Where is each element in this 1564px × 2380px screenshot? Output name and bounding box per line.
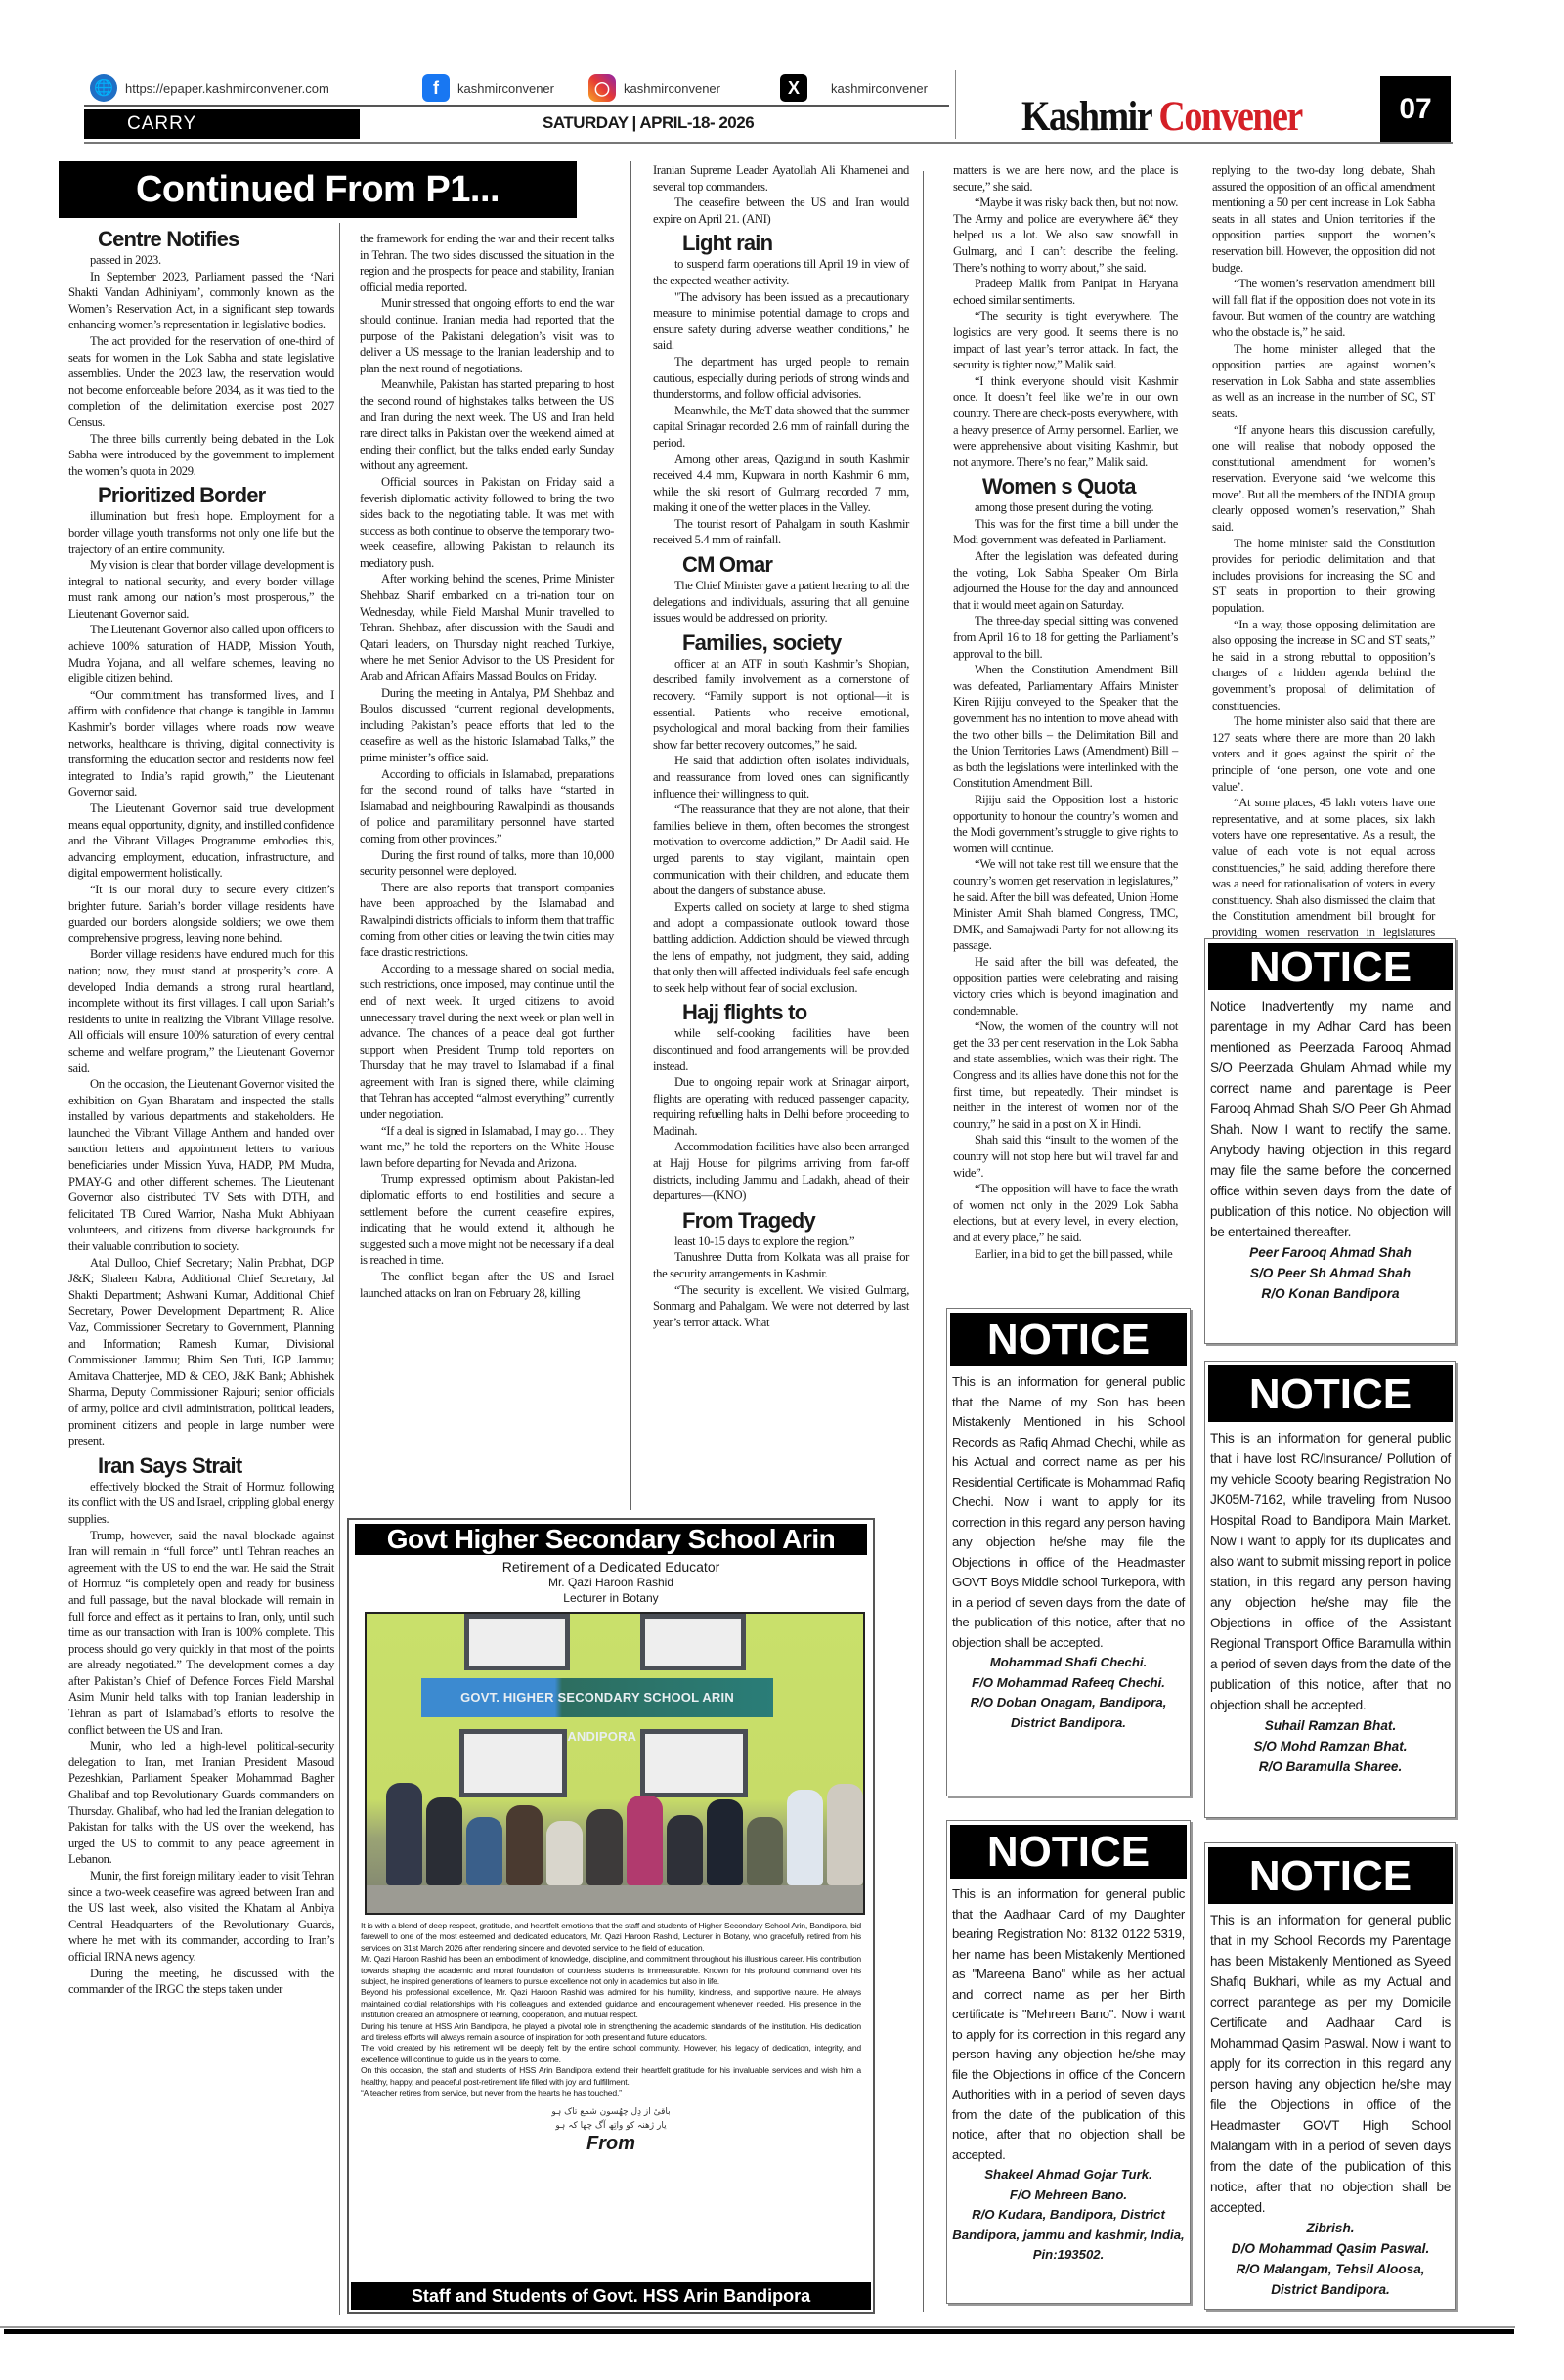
notice-box-5: NOTICE This is an information for genera… <box>1204 1842 1456 2310</box>
instagram-link[interactable]: ◯ kashmirconvener <box>588 74 720 102</box>
paragraph: The home minister also said that there a… <box>1212 714 1435 795</box>
paragraph: “It is our moral duty to secure every ci… <box>68 882 334 946</box>
paragraph: The Chief Minister gave a patient hearin… <box>653 578 909 627</box>
paragraph: “If anyone hears this discussion careful… <box>1212 422 1435 536</box>
notice-signature: Mohammad Shafi Chechi. <box>947 1653 1190 1673</box>
facebook-icon: f <box>422 74 450 102</box>
notice-signature: Peer Farooq Ahmad Shah <box>1205 1242 1455 1263</box>
paragraph: the framework for ending the war and the… <box>360 231 614 295</box>
paragraph: The home minister said the Constitution … <box>1212 536 1435 617</box>
masthead-convener: Convener <box>1158 93 1301 140</box>
paragraph: Meanwhile, the MeT data showed that the … <box>653 403 909 452</box>
column-3: Iranian Supreme Leader Ayatollah Ali Kha… <box>653 162 909 1330</box>
ad-paragraph: It is with a blend of deep respect, grat… <box>361 1921 861 1954</box>
facebook-link[interactable]: f kashmirconvener <box>422 74 554 102</box>
photo-ground <box>367 1885 863 1913</box>
paragraph: The act provided for the reservation of … <box>68 333 334 431</box>
masthead-logo[interactable]: Kashmir Convener <box>1021 92 1302 142</box>
header-divider <box>955 70 956 139</box>
paragraph: “The reassurance that they are not alone… <box>653 801 909 899</box>
masthead-kashmir: Kashmir <box>1021 93 1151 140</box>
paragraph: Experts called on society at large to sh… <box>653 899 909 997</box>
column-5: replying to the two-day long debate, Sha… <box>1212 162 1435 974</box>
header-rule <box>84 105 949 107</box>
paragraph: The home minister alleged that the oppos… <box>1212 341 1435 422</box>
notice-body: Notice Inadvertently my name and parenta… <box>1205 990 1455 1242</box>
ad-paragraph: Mr. Qazi Haroon Rashid has been an embod… <box>361 1954 861 1987</box>
paragraph: “If a deal is signed in Islamabad, I may… <box>360 1123 614 1172</box>
facebook-handle: kashmirconvener <box>457 81 554 96</box>
notice-box-3: NOTICE This is an information for genera… <box>1204 1361 1456 1818</box>
paragraph: Rijiju said the Opposition lost a histor… <box>953 792 1178 856</box>
column-4: matters is we are here now, and the plac… <box>953 162 1178 1262</box>
column-1: Centre Notifies passed in 2023. In Septe… <box>68 223 334 1998</box>
paragraph: “Now, the women of the country will not … <box>953 1018 1178 1132</box>
paragraph: to suspend farm operations till April 19… <box>653 256 909 288</box>
paragraph: Earlier, in a bid to get the bill passed… <box>953 1246 1178 1263</box>
paragraph: This was for the first time a bill under… <box>953 516 1178 548</box>
paragraph: Atal Dulloo, Chief Secretary; Nalin Prab… <box>68 1255 334 1450</box>
notice-box-1: NOTICE Notice Inadvertently my name and … <box>1204 938 1456 1344</box>
notice-signature: Suhail Ramzan Bhat. <box>1205 1715 1455 1736</box>
paragraph: When the Constitution Amendment Bill was… <box>953 662 1178 792</box>
paragraph: “The opposition will have to face the wr… <box>953 1181 1178 1245</box>
column-rule <box>339 223 340 2315</box>
paragraph: while self-cooking facilities have been … <box>653 1025 909 1074</box>
ad-paragraph: Beyond his professional excellence, Mr. … <box>361 1987 861 2020</box>
headline-light-rain: Light rain <box>682 231 909 256</box>
globe-icon: 🌐 <box>90 74 117 102</box>
paragraph: among those present during the voting. <box>953 499 1178 516</box>
paragraph: The Lieutenant Governor said true develo… <box>68 801 334 882</box>
paragraph: Accommodation facilities have also been … <box>653 1139 909 1203</box>
paragraph: Due to ongoing repair work at Srinagar a… <box>653 1074 909 1139</box>
paragraph: The department has urged people to remai… <box>653 354 909 403</box>
paragraph: matters is we are here now, and the plac… <box>953 162 1178 195</box>
paragraph: “The security is excellent. We visited G… <box>653 1282 909 1331</box>
notice-heading: NOTICE <box>1208 943 1453 990</box>
paragraph: Border village residents have endured mu… <box>68 946 334 1076</box>
notice-signature: F/O Mohammad Rafeeq Chechi. <box>947 1673 1190 1694</box>
paragraph: “The women’s reservation amendment bill … <box>1212 276 1435 340</box>
ad-footer: Staff and Students of Govt. HSS Arin Ban… <box>351 2282 871 2310</box>
notice-body: This is an information for general publi… <box>947 1879 1190 2165</box>
notice-signature: District Bandipora. <box>1205 2279 1455 2300</box>
ad-urdu-verse-1: باقیٔ از دِل چھُسون شمع تاک ہو <box>349 2105 873 2119</box>
headline-hajj-flights: Hajj flights to <box>682 1000 909 1025</box>
paragraph: He said after the bill was defeated, the… <box>953 954 1178 1018</box>
paragraph: During the meeting, he discussed with th… <box>68 1966 334 1998</box>
paragraph: During the first round of talks, more th… <box>360 847 614 880</box>
paragraph: Munir, who led a high-level political-se… <box>68 1738 334 1868</box>
paragraph: The conflict began after the US and Isra… <box>360 1269 614 1301</box>
notice-signature: R/O Doban Onagam, Bandipora, <box>947 1693 1190 1713</box>
ad-urdu-verse-2: یار ژھنہ کو واتِھ آگ چھا کہ ہو <box>349 2119 873 2133</box>
instagram-handle: kashmirconvener <box>624 81 720 96</box>
paragraph: In September 2023, Parliament passed the… <box>68 269 334 333</box>
ad-honoree-role: Lecturer in Botany <box>349 1590 873 1606</box>
website-link[interactable]: 🌐 https://epaper.kashmirconvener.com <box>90 74 329 102</box>
notice-signature: District Bandipora. <box>947 1713 1190 1734</box>
paragraph: After the legislation was defeated durin… <box>953 548 1178 613</box>
school-signboard: GOVT. HIGHER SECONDARY SCHOOL ARIN BANDI… <box>421 1678 773 1717</box>
paragraph: “We will not take rest till we ensure th… <box>953 856 1178 954</box>
notice-body: This is an information for general publi… <box>1205 1422 1455 1715</box>
headline-families-society: Families, society <box>682 630 909 656</box>
notice-signature: Shakeel Ahmad Gojar Turk. <box>947 2165 1190 2185</box>
headline-womens-quota: Women s Quota <box>982 474 1178 499</box>
paragraph: He said that addiction often isolates in… <box>653 753 909 801</box>
paragraph: passed in 2023. <box>68 252 334 269</box>
photo-window <box>464 1614 570 1670</box>
notice-signature: Zibrish. <box>1205 2218 1455 2238</box>
x-icon: X <box>780 74 807 102</box>
notice-heading: NOTICE <box>1208 1847 1453 1904</box>
notice-signature: S/O Mohd Ramzan Bhat. <box>1205 1736 1455 1756</box>
group-of-people <box>386 1768 863 1885</box>
paragraph: “I think everyone should visit Kashmir o… <box>953 373 1178 471</box>
header-social-bar: 🌐 https://epaper.kashmirconvener.com f k… <box>90 74 960 104</box>
paragraph: Tanushree Dutta from Kolkata was all pra… <box>653 1249 909 1281</box>
notice-box-2: NOTICE This is an information for genera… <box>946 1308 1191 1796</box>
continued-banner: Continued From P1... <box>59 161 577 218</box>
notice-heading: NOTICE <box>1208 1365 1453 1422</box>
paragraph: “The security is tight everywhere. The l… <box>953 308 1178 372</box>
column-rule <box>1195 176 1195 2312</box>
footer-bar <box>4 2329 1514 2334</box>
notice-heading: NOTICE <box>950 1825 1187 1879</box>
paragraph: The three-day special sitting was conven… <box>953 613 1178 662</box>
notice-signature: R/O Kudara, Bandipora, District Bandipor… <box>947 2205 1190 2266</box>
ad-quote: “A teacher retires from service, but nev… <box>361 2088 861 2099</box>
notice-body: This is an information for general publi… <box>1205 1904 1455 2218</box>
paragraph: officer at an ATF in south Kashmir’s Sho… <box>653 656 909 754</box>
paragraph: Shah said this “insult to the women of t… <box>953 1132 1178 1181</box>
ad-title: Govt Higher Secondary School Arin <box>355 1524 867 1555</box>
instagram-icon: ◯ <box>588 74 616 102</box>
paragraph: replying to the two-day long debate, Sha… <box>1212 162 1435 276</box>
paragraph: Meanwhile, Pakistan has started preparin… <box>360 376 614 474</box>
paragraph: The three bills currently being debated … <box>68 431 334 480</box>
column-rule <box>630 161 631 1510</box>
group-photo: GOVT. HIGHER SECONDARY SCHOOL ARIN BANDI… <box>365 1612 865 1915</box>
paragraph: According to officials in Islamabad, pre… <box>360 766 614 847</box>
ad-subtitle: Retirement of a Dedicated Educator <box>349 1559 873 1575</box>
paragraph: “Our commitment has transformed lives, a… <box>68 687 334 801</box>
notice-signature: S/O Peer Sh Ahmad Shah <box>1205 1263 1455 1283</box>
photo-window <box>640 1614 746 1670</box>
paragraph: During the meeting in Antalya, PM Shehba… <box>360 685 614 766</box>
ad-paragraph: During his tenure at HSS Arin Bandipora,… <box>361 2021 861 2044</box>
notice-body: This is an information for general publi… <box>947 1366 1190 1653</box>
ad-from: From <box>349 2133 873 2154</box>
page-number: 07 <box>1380 76 1451 143</box>
footer-rule <box>0 2326 1515 2328</box>
ad-honoree-name: Mr. Qazi Haroon Rashid <box>349 1575 873 1590</box>
paragraph: Munir, the first foreign military leader… <box>68 1868 334 1966</box>
paragraph: There are also reports that transport co… <box>360 880 614 961</box>
paragraph: After working behind the scenes, Prime M… <box>360 571 614 684</box>
x-handle: kashmirconvener <box>831 81 928 96</box>
headline-prioritized-border: Prioritized Border <box>98 483 334 508</box>
website-url: https://epaper.kashmirconvener.com <box>125 81 329 96</box>
notice-signature: D/O Mohammad Qasim Paswal. <box>1205 2238 1455 2259</box>
header-bottom-rule <box>84 142 1453 144</box>
paragraph: effectively blocked the Strait of Hormuz… <box>68 1479 334 1528</box>
paragraph: The tourist resort of Pahalgam in south … <box>653 516 909 548</box>
paragraph: Official sources in Pakistan on Friday s… <box>360 474 614 572</box>
paragraph: According to a message shared on social … <box>360 961 614 1123</box>
paragraph: “Maybe it was risky back then, but not n… <box>953 195 1178 276</box>
paragraph: The ceasefire between the US and Iran wo… <box>653 195 909 227</box>
headline-cm-omar: CM Omar <box>682 552 909 578</box>
notice-signature: R/O Malangam, Tehsil Aloosa, <box>1205 2259 1455 2279</box>
paragraph: Pradeep Malik from Panipat in Haryana ec… <box>953 276 1178 308</box>
notice-heading: NOTICE <box>950 1313 1187 1366</box>
paragraph: Among other areas, Qazigund in south Kas… <box>653 452 909 516</box>
paragraph: Trump, however, said the naval blockade … <box>68 1528 334 1739</box>
headline-from-tragedy: From Tragedy <box>682 1208 909 1233</box>
paragraph: Trump expressed optimism about Pakistan-… <box>360 1171 614 1269</box>
paragraph: Iranian Supreme Leader Ayatollah Ali Kha… <box>653 162 909 195</box>
notice-signature: R/O Konan Bandipora <box>1205 1283 1455 1304</box>
notice-box-4: NOTICE This is an information for genera… <box>946 1820 1191 2304</box>
paragraph: least 10-15 days to explore the region.” <box>653 1233 909 1250</box>
paragraph: My vision is clear that border village d… <box>68 557 334 622</box>
paragraph: The Lieutenant Governor also called upon… <box>68 622 334 686</box>
dateline: SATURDAY | APRIL-18- 2026 <box>543 113 754 133</box>
x-link[interactable]: X kashmirconvener <box>780 74 928 102</box>
paragraph: Munir stressed that ongoing efforts to e… <box>360 295 614 376</box>
headline-centre-notifies: Centre Notifies <box>98 227 334 252</box>
headline-iran-says-strait: Iran Says Strait <box>98 1453 334 1479</box>
notice-signature: R/O Baramulla Sharee. <box>1205 1756 1455 1777</box>
retirement-advertisement: Govt Higher Secondary School Arin Retire… <box>347 1518 875 2314</box>
ad-body-text: It is with a blend of deep respect, grat… <box>361 1921 861 2099</box>
paragraph: “In a way, those opposing delimitation a… <box>1212 617 1435 714</box>
ad-paragraph: The void created by his retirement will … <box>361 2043 861 2065</box>
column-2: the framework for ending the war and the… <box>360 231 614 1301</box>
ad-paragraph: On this occasion, the staff and students… <box>361 2065 861 2088</box>
section-label: CARRY <box>84 109 360 139</box>
paragraph: On the occasion, the Lieutenant Governor… <box>68 1076 334 1255</box>
paragraph: illumination but fresh hope. Employment … <box>68 508 334 557</box>
paragraph: "The advisory has been issued as a preca… <box>653 289 909 354</box>
notice-signature: F/O Mehreen Bano. <box>947 2185 1190 2206</box>
column-rule <box>923 171 924 2312</box>
